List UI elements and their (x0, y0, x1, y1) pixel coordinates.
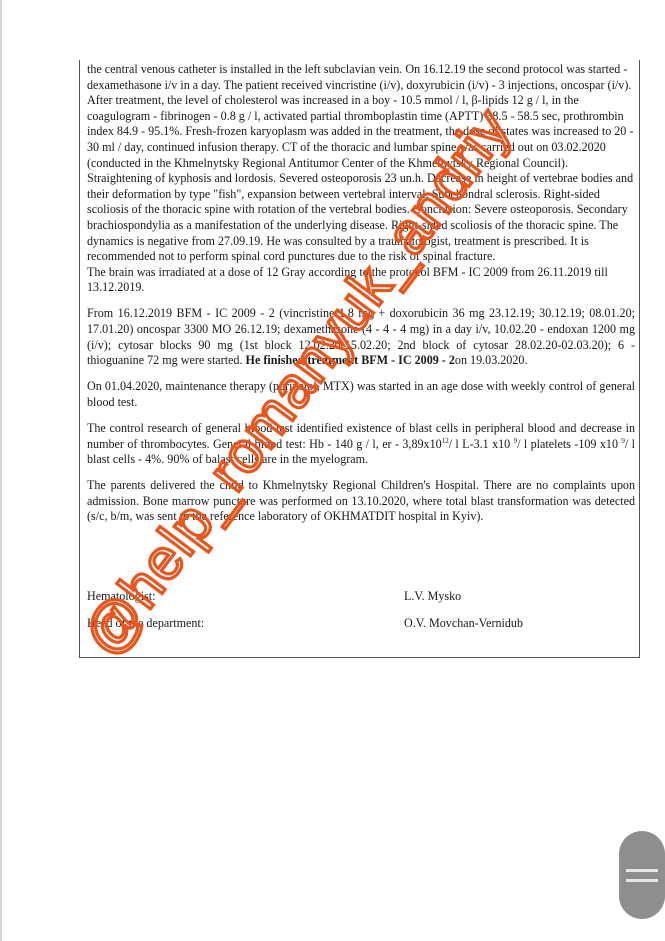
drag-handle-icon (626, 869, 658, 872)
signature-role: Head of the department: (87, 616, 204, 631)
paragraph-blood-test: The control research of general blood te… (87, 421, 635, 468)
scroll-handle[interactable] (619, 831, 665, 919)
signature-row-hematologist: Hematologist: L.V. Mysko (87, 589, 627, 616)
paragraph-treatment-history: the central venous catheter is installed… (87, 62, 635, 265)
blood-test-text-b: / l L-3.1 x10 (449, 437, 514, 451)
signature-name: L.V. Mysko (404, 589, 461, 604)
signature-row-head-of-department: Head of the department: O.V. Movchan-Ver… (87, 616, 627, 643)
document-body: the central venous catheter is installed… (87, 62, 635, 525)
paragraph-protocol-2: From 16.12.2019 BFM - IC 2009 - 2 (vincr… (87, 306, 635, 368)
blood-test-text-c: / l platelets -109 x10 (517, 437, 621, 451)
protocol-2-finished-bold: He finished treatment BFM - IC 2009 - 2 (246, 353, 455, 367)
paragraph-maintenance-therapy: On 01.04.2020, maintenance therapy (puri… (87, 379, 635, 410)
protocol-2-finish-date: on 19.03.2020. (455, 353, 528, 367)
signature-block: Hematologist: L.V. Mysko Head of the dep… (87, 589, 627, 643)
paragraph-brain-irradiation: The brain was irradiated at a dose of 12… (87, 265, 635, 296)
paragraph-hospital-admission: The parents delivered the child to Khmel… (87, 478, 635, 525)
superscript-12: 12 (442, 437, 449, 445)
page-left-edge (0, 0, 2, 941)
signature-name: O.V. Movchan-Vernidub (404, 616, 523, 631)
signature-role: Hematologist: (87, 589, 156, 604)
drag-handle-icon (626, 879, 658, 882)
